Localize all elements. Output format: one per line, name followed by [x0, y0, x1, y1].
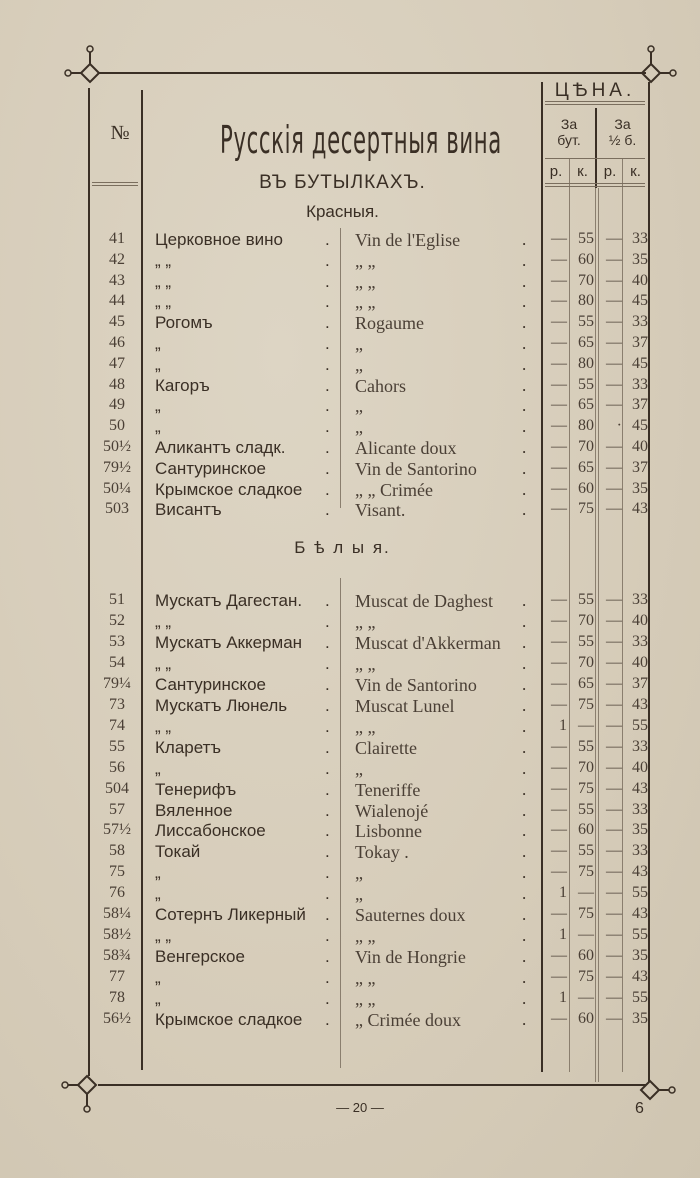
half-rubles: — — [600, 438, 622, 456]
bottle-kopecks: 60 — [570, 821, 594, 839]
price-units-rule-2 — [545, 186, 645, 187]
wine-name-french: Alicante doux — [355, 438, 535, 459]
leader-dot: . — [522, 842, 526, 862]
leader-dot: . — [325, 884, 330, 904]
leader-dot: . — [522, 738, 526, 758]
half-kopecks: 45 — [624, 417, 648, 435]
number-header-rule-1 — [92, 182, 138, 183]
leader-dot: . — [522, 480, 526, 500]
leader-dot: . — [325, 417, 330, 437]
price-sub-rule — [545, 158, 645, 159]
wine-number: 48 — [92, 376, 142, 394]
wine-name-french: Wialenojé — [355, 801, 535, 822]
table-row: 79¼Сантуринское.Vin de Santorino.—65—37 — [0, 675, 700, 696]
leader-dot: . — [325, 376, 330, 396]
leader-dot: . — [325, 654, 330, 674]
bottle-rubles: — — [545, 863, 567, 881]
half-rubles: — — [600, 1010, 622, 1028]
half-rubles: — — [600, 759, 622, 777]
half-rubles: — — [600, 612, 622, 630]
half-rubles: · — [600, 417, 622, 435]
bottle-rubles: 1 — [545, 926, 567, 944]
table-row: 57Вяленное.Wialenojé.—55—33 — [0, 801, 700, 822]
half-rubles: — — [600, 272, 622, 290]
half-kopecks: 40 — [624, 654, 648, 672]
leader-dot: . — [325, 633, 330, 653]
wine-name-russian: Крымское сладкое — [155, 1010, 335, 1030]
wine-name-french: „ Crimée doux — [355, 1010, 535, 1031]
wine-name-french: „ — [355, 355, 535, 376]
page-subtitle: ВЪ БУТЫЛКАХЪ. — [145, 172, 540, 194]
bottle-kopecks: 75 — [570, 968, 594, 986]
leader-dot: . — [325, 905, 330, 925]
wine-name-russian: Мускатъ Аккерман — [155, 633, 335, 653]
half-rubles: — — [600, 989, 622, 1007]
leader-dot: . — [325, 947, 330, 967]
half-kopecks: 43 — [624, 863, 648, 881]
bottle-kopecks: 55 — [570, 842, 594, 860]
wine-number: 79¼ — [92, 675, 142, 693]
leader-dot: . — [522, 821, 526, 841]
table-row: 77„.„ „.—75—43 — [0, 968, 700, 989]
wine-number: 73 — [92, 696, 142, 714]
half-rubles: — — [600, 884, 622, 902]
half-rubles: — — [600, 591, 622, 609]
leader-dot: . — [522, 230, 526, 250]
leader-dot: . — [325, 926, 330, 946]
leader-dot: . — [522, 926, 526, 946]
bottle-rubles: — — [545, 376, 567, 394]
half-rubles: — — [600, 821, 622, 839]
table-row: 45Рогомъ.Rogaume.—55—33 — [0, 313, 700, 334]
table-row: 74„ „.„ „.1——55 — [0, 717, 700, 738]
wine-name-french: „ — [355, 863, 535, 884]
bottle-kopecks: 70 — [570, 759, 594, 777]
leader-dot: . — [522, 251, 526, 271]
table-row: 54„ „.„ „.—70—40 — [0, 654, 700, 675]
wine-name-russian: „ — [155, 396, 335, 416]
leader-dot: . — [325, 396, 330, 416]
wine-name-french: Muscat d'Akkerman — [355, 633, 535, 654]
wine-name-french: „ — [355, 884, 535, 905]
wine-name-french: Vin de Santorino — [355, 675, 535, 696]
half-kopecks: 40 — [624, 272, 648, 290]
bottle-rubles: — — [545, 591, 567, 609]
ornament-bottom-left-icon — [72, 1070, 102, 1100]
leader-dot: . — [522, 500, 526, 520]
table-row: 75„. „.—75—43 — [0, 863, 700, 884]
wine-number: 55 — [92, 738, 142, 756]
price-units-rule-1 — [545, 183, 645, 184]
table-row: 58Токай.Tokay ..—55—33 — [0, 842, 700, 863]
wine-number: 58¾ — [92, 947, 142, 965]
leader-dot: . — [325, 675, 330, 695]
number-column-header: № — [100, 122, 140, 145]
leader-dot: . — [522, 396, 526, 416]
table-row: 73Мускатъ Люнель.Muscat Lunel.—75—43 — [0, 696, 700, 717]
leader-dot: . — [522, 675, 526, 695]
bottle-rubles: — — [545, 272, 567, 290]
wine-name-french: Clairette — [355, 738, 535, 759]
bottle-kopecks: 60 — [570, 947, 594, 965]
half-rubles: — — [600, 396, 622, 414]
wine-name-russian: Вяленное — [155, 801, 335, 821]
leader-dot: . — [325, 612, 330, 632]
per-bottle-line-1: За — [543, 116, 595, 132]
section-title-red: Красныя. — [145, 202, 540, 222]
bottle-rubles: — — [545, 459, 567, 477]
wine-name-russian: Кларетъ — [155, 738, 335, 758]
page-title: Русскія десертныя вина — [220, 118, 465, 162]
wine-name-russian: Рогомъ — [155, 313, 335, 333]
bottle-rubles: — — [545, 780, 567, 798]
bottle-kopecks: — — [570, 717, 594, 735]
bottle-rubles: — — [545, 654, 567, 672]
half-kopecks: 43 — [624, 696, 648, 714]
wine-name-french: Rogaume — [355, 313, 535, 334]
leader-dot: . — [522, 334, 526, 354]
leader-dot: . — [325, 842, 330, 862]
wine-name-russian: Висантъ — [155, 500, 335, 520]
bottle-rubles: — — [545, 396, 567, 414]
leader-dot: . — [325, 1010, 330, 1030]
half-kopecks: 33 — [624, 313, 648, 331]
leader-dot: . — [325, 801, 330, 821]
wine-number: 57½ — [92, 821, 142, 839]
bottle-rubles: — — [545, 801, 567, 819]
wine-number: 46 — [92, 334, 142, 352]
wine-number: 53 — [92, 633, 142, 651]
wine-name-french: „ — [355, 334, 535, 355]
leader-dot: . — [522, 438, 526, 458]
half-rubles: — — [600, 717, 622, 735]
wine-number: 75 — [92, 863, 142, 881]
bottle-kopecks: 55 — [570, 313, 594, 331]
half-kopecks: 40 — [624, 612, 648, 630]
wine-name-russian: „ — [155, 759, 335, 779]
bottle-rubles: 1 — [545, 989, 567, 1007]
half-kopecks: 33 — [624, 376, 648, 394]
leader-dot: . — [522, 417, 526, 437]
per-half-line-1: За — [597, 116, 648, 132]
table-row: 79½Сантуринское.Vin de Santorino.—65—37 — [0, 459, 700, 480]
leader-dot: . — [522, 863, 526, 883]
table-row: 57½Лиссабонское.Lisbonne.—60—35 — [0, 821, 700, 842]
half-kopecks: 33 — [624, 738, 648, 756]
wine-name-russian: Крымское сладкое — [155, 480, 335, 500]
wine-name-french: Tokay . — [355, 842, 535, 863]
half-kopecks: 43 — [624, 500, 648, 518]
wine-name-russian: „ „ — [155, 251, 335, 271]
leader-dot: . — [522, 292, 526, 312]
bottle-kopecks: 60 — [570, 251, 594, 269]
half-kopecks: 43 — [624, 968, 648, 986]
wine-name-russian: „ „ — [155, 717, 335, 737]
half-rubles: — — [600, 780, 622, 798]
wine-name-russian: „ — [155, 884, 335, 904]
unit-kopecks-bottle: к. — [570, 163, 595, 180]
unit-kopecks-half: к. — [623, 163, 648, 180]
bottle-kopecks: 70 — [570, 612, 594, 630]
wine-name-french: „ „ — [355, 989, 535, 1010]
half-kopecks: 35 — [624, 947, 648, 965]
wine-number: 50 — [92, 417, 142, 435]
wine-name-french: Teneriffe — [355, 780, 535, 801]
half-kopecks: 55 — [624, 926, 648, 944]
half-kopecks: 35 — [624, 821, 648, 839]
wine-name-french: Muscat Lunel — [355, 696, 535, 717]
table-row: 47„. „.—80—45 — [0, 355, 700, 376]
leader-dot: . — [325, 313, 330, 333]
leader-dot: . — [522, 459, 526, 479]
leader-dot: . — [325, 292, 330, 312]
wine-number: 43 — [92, 272, 142, 290]
wine-number: 76 — [92, 884, 142, 902]
half-rubles: — — [600, 251, 622, 269]
wine-name-russian: Мускатъ Люнель — [155, 696, 335, 716]
leader-dot: . — [325, 738, 330, 758]
wine-name-russian: Тенерифъ — [155, 780, 335, 800]
wine-name-french: „ „ — [355, 292, 535, 313]
half-kopecks: 35 — [624, 1010, 648, 1028]
wine-number: 52 — [92, 612, 142, 630]
wine-number: 41 — [92, 230, 142, 248]
leader-dot: . — [325, 591, 330, 611]
half-rubles: — — [600, 926, 622, 944]
bottle-kopecks: 75 — [570, 863, 594, 881]
wine-name-french: „ „ — [355, 926, 535, 947]
leader-dot: . — [522, 780, 526, 800]
half-kopecks: 37 — [624, 675, 648, 693]
table-row: 43„ „.„ „.—70—40 — [0, 272, 700, 293]
half-kopecks: 33 — [624, 633, 648, 651]
leader-dot: . — [522, 272, 526, 292]
bottle-kopecks: 70 — [570, 272, 594, 290]
half-rubles: — — [600, 334, 622, 352]
half-rubles: — — [600, 696, 622, 714]
per-half-line-2: ½ б. — [597, 132, 648, 148]
bottle-rubles: 1 — [545, 717, 567, 735]
wine-number: 49 — [92, 396, 142, 414]
wine-name-russian: „ — [155, 863, 335, 883]
bottom-rule — [98, 1084, 646, 1086]
leader-dot: . — [325, 989, 330, 1009]
bottle-rubles: — — [545, 633, 567, 651]
leader-dot: . — [325, 272, 330, 292]
per-half-bottle-header: За ½ б. — [597, 116, 648, 148]
bottle-kopecks: 55 — [570, 230, 594, 248]
leader-dot: . — [522, 313, 526, 333]
bottle-kopecks: 75 — [570, 500, 594, 518]
leader-dot: . — [325, 500, 330, 520]
half-rubles: — — [600, 675, 622, 693]
wine-name-russian: „ „ — [155, 292, 335, 312]
leader-dot: . — [325, 480, 330, 500]
wine-number: 51 — [92, 591, 142, 609]
bottle-kopecks: 65 — [570, 459, 594, 477]
wine-name-russian: „ „ — [155, 272, 335, 292]
wine-name-french: „ „ — [355, 251, 535, 272]
half-kopecks: 43 — [624, 780, 648, 798]
table-row: 44„ „.„ „.—80—45 — [0, 292, 700, 313]
wine-name-french: Lisbonne — [355, 821, 535, 842]
half-rubles: — — [600, 376, 622, 394]
unit-rubles-half: р. — [598, 163, 622, 180]
wine-number: 47 — [92, 355, 142, 373]
half-rubles: — — [600, 842, 622, 860]
wine-name-french: Vin de l'Eglise — [355, 230, 535, 251]
bottle-kopecks: — — [570, 926, 594, 944]
leader-dot: . — [522, 989, 526, 1009]
leader-dot: . — [522, 376, 526, 396]
leader-dot: . — [325, 251, 330, 271]
half-kopecks: 45 — [624, 355, 648, 373]
number-header-rule-2 — [92, 185, 138, 186]
bottle-rubles: — — [545, 738, 567, 756]
wine-number: 78 — [92, 989, 142, 1007]
half-rubles: — — [600, 968, 622, 986]
bottle-kopecks: 80 — [570, 417, 594, 435]
table-row: 49„. „.—65—37 — [0, 396, 700, 417]
table-row: 50½Аликантъ сладк..Alicante doux.—70—40 — [0, 438, 700, 459]
leader-dot: . — [522, 947, 526, 967]
bottle-kopecks: — — [570, 884, 594, 902]
table-row: 504Тенерифъ.Teneriffe.—75—43 — [0, 780, 700, 801]
wine-name-french: „ „ — [355, 968, 535, 989]
leader-dot: . — [522, 591, 526, 611]
wine-name-russian: „ — [155, 968, 335, 988]
wine-number: 42 — [92, 251, 142, 269]
bottle-rubles: — — [545, 313, 567, 331]
wine-name-french: Vin de Santorino — [355, 459, 535, 480]
half-kopecks: 33 — [624, 230, 648, 248]
half-rubles: — — [600, 801, 622, 819]
wine-name-russian: „ „ — [155, 654, 335, 674]
table-row: 41Церковное вино.Vin de l'Eglise.—55—33 — [0, 230, 700, 251]
bottle-rubles: — — [545, 842, 567, 860]
half-rubles: — — [600, 905, 622, 923]
wine-name-russian: Кагоръ — [155, 376, 335, 396]
bottle-rubles: — — [545, 759, 567, 777]
wine-name-russian: Венгерское — [155, 947, 335, 967]
wine-name-french: „ „ — [355, 717, 535, 738]
table-row: 58¾Венгерское.Vin de Hongrie.—60—35 — [0, 947, 700, 968]
table-row: 42„ „.„ „.—60—35 — [0, 251, 700, 272]
per-bottle-header: За бут. — [543, 116, 595, 148]
wine-number: 503 — [92, 500, 142, 518]
leader-dot: . — [522, 612, 526, 632]
wine-name-russian: Мускатъ Дагестан. — [155, 591, 335, 611]
signature-mark: 6 — [635, 1100, 644, 1118]
half-kopecks: 45 — [624, 292, 648, 310]
half-rubles: — — [600, 633, 622, 651]
leader-dot: . — [522, 696, 526, 716]
wine-number: 74 — [92, 717, 142, 735]
half-rubles: — — [600, 355, 622, 373]
leader-dot: . — [325, 780, 330, 800]
wine-name-russian: Токай — [155, 842, 335, 862]
wine-name-french: „ „ — [355, 612, 535, 633]
leader-dot: . — [325, 459, 330, 479]
wine-name-russian: „ „ — [155, 926, 335, 946]
bottle-rubles: — — [545, 696, 567, 714]
bottle-rubles: — — [545, 612, 567, 630]
wine-number: 56½ — [92, 1010, 142, 1028]
bottle-kopecks: 75 — [570, 905, 594, 923]
wine-name-french: Muscat de Daghest — [355, 591, 535, 612]
half-rubles: — — [600, 459, 622, 477]
bottle-rubles: — — [545, 355, 567, 373]
bottle-rubles: — — [545, 821, 567, 839]
half-kopecks: 33 — [624, 591, 648, 609]
bottle-rubles: — — [545, 1010, 567, 1028]
bottle-rubles: — — [545, 334, 567, 352]
bottle-rubles: 1 — [545, 884, 567, 902]
wine-name-russian: „ — [155, 989, 335, 1009]
half-rubles: — — [600, 292, 622, 310]
wine-name-russian: Сантуринское — [155, 675, 335, 695]
bottle-kopecks: 55 — [570, 801, 594, 819]
bottle-rubles: — — [545, 905, 567, 923]
bottle-rubles: — — [545, 675, 567, 693]
half-rubles: — — [600, 947, 622, 965]
bottle-kopecks: 70 — [570, 438, 594, 456]
wine-name-french: „ „ — [355, 654, 535, 675]
bottle-rubles: — — [545, 251, 567, 269]
table-row: 50¼Крымское сладкое. „ „ Crimée.—60—35 — [0, 480, 700, 501]
bottle-rubles: — — [545, 438, 567, 456]
wine-name-russian: Церковное вино — [155, 230, 335, 250]
half-kopecks: 37 — [624, 334, 648, 352]
wine-name-russian: „ — [155, 355, 335, 375]
half-kopecks: 35 — [624, 480, 648, 498]
bottle-kopecks: 55 — [570, 376, 594, 394]
leader-dot: . — [522, 759, 526, 779]
wine-name-russian: „ „ — [155, 612, 335, 632]
half-kopecks: 55 — [624, 884, 648, 902]
half-kopecks: 43 — [624, 905, 648, 923]
half-kopecks: 37 — [624, 396, 648, 414]
half-kopecks: 33 — [624, 801, 648, 819]
wine-number: 58¼ — [92, 905, 142, 923]
wine-name-russian: „ — [155, 417, 335, 437]
leader-dot: . — [522, 654, 526, 674]
half-kopecks: 33 — [624, 842, 648, 860]
bottle-kopecks: 60 — [570, 1010, 594, 1028]
ornament-top-left-icon — [75, 58, 105, 88]
half-rubles: — — [600, 480, 622, 498]
wine-number: 44 — [92, 292, 142, 310]
bottle-rubles: — — [545, 480, 567, 498]
leader-dot: . — [325, 355, 330, 375]
wine-number: 50½ — [92, 438, 142, 456]
half-rubles: — — [600, 230, 622, 248]
top-rule — [98, 72, 646, 74]
wine-name-russian: „ — [155, 334, 335, 354]
half-kopecks: 55 — [624, 717, 648, 735]
leader-dot: . — [325, 863, 330, 883]
leader-dot: . — [522, 905, 526, 925]
leader-dot: . — [522, 717, 526, 737]
half-rubles: — — [600, 500, 622, 518]
wine-name-russian: Сотернъ Ликерный — [155, 905, 335, 925]
wine-number: 50¼ — [92, 480, 142, 498]
table-row: 58½„ „.„ „.1——55 — [0, 926, 700, 947]
table-row: 58¼Сотернъ Ликерный.Sauternes doux.—75—4… — [0, 905, 700, 926]
wine-name-russian: Аликантъ сладк. — [155, 438, 335, 458]
bottle-kopecks: 75 — [570, 780, 594, 798]
bottle-kopecks: 75 — [570, 696, 594, 714]
